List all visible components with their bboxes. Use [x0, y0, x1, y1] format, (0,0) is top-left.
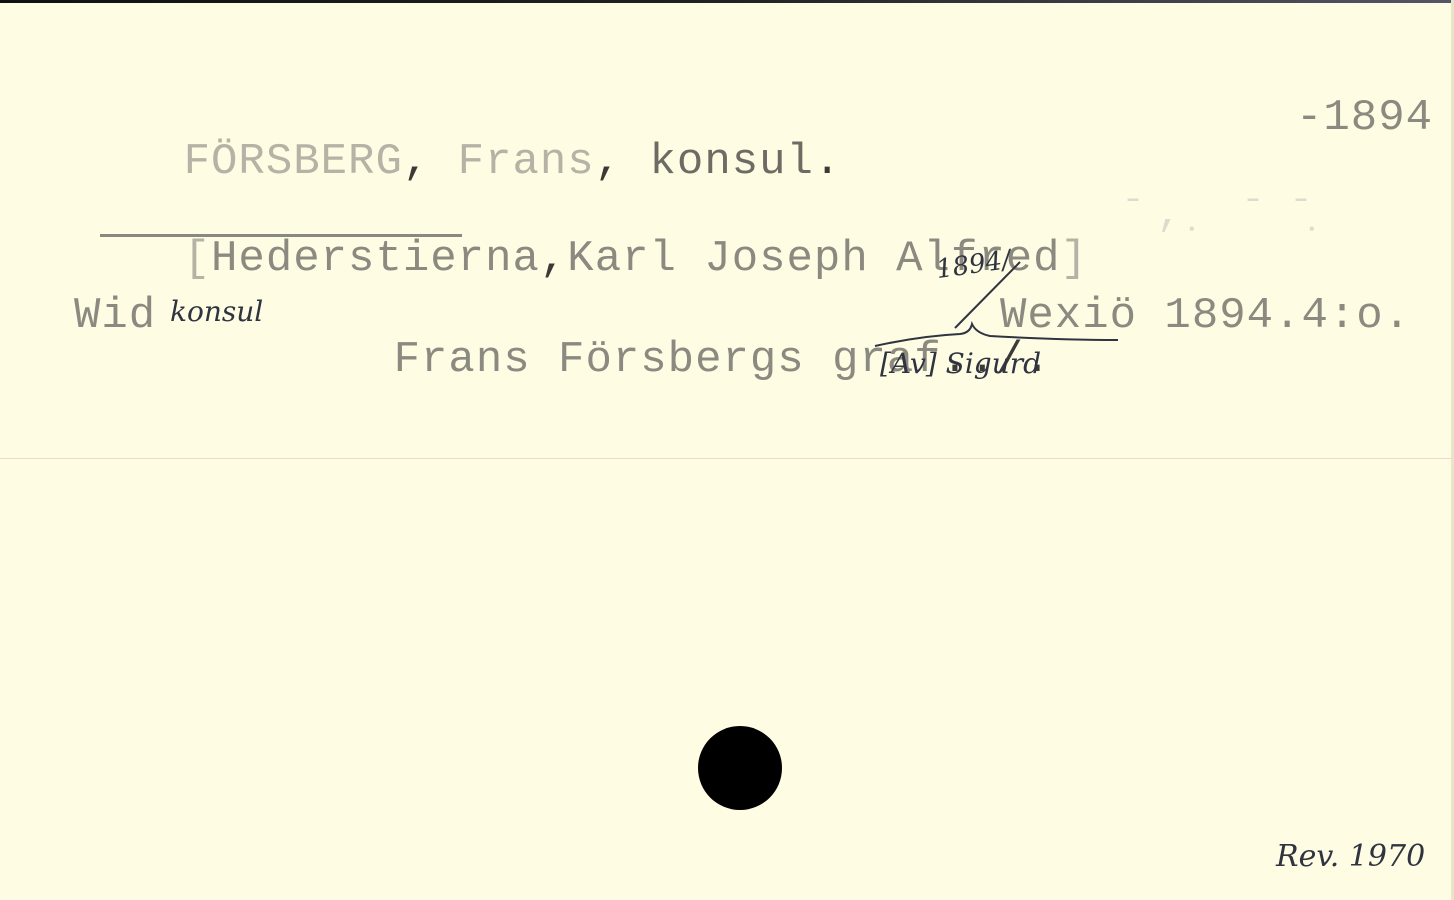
- heading-date: -1894: [1296, 96, 1433, 140]
- imprint-place-year: Wexiö 1894.4:o.: [1000, 294, 1411, 338]
- card-top-edge: [0, 0, 1454, 3]
- handwritten-konsul: konsul: [170, 298, 263, 326]
- heading-sep-2: ,: [595, 137, 650, 187]
- heading-surname: FÖRSBERG: [184, 137, 403, 187]
- handwritten-author-note: [Av] Sigurd: [880, 350, 1041, 378]
- author-comma: ,: [540, 234, 567, 284]
- heading-end: .: [814, 137, 841, 187]
- title-text: Frans Försbergs graf: [394, 335, 942, 385]
- punch-hole: [698, 726, 782, 810]
- heading-title: konsul: [650, 137, 814, 187]
- title-line-wid: Wid: [74, 294, 156, 338]
- heading-sep-1: ,: [403, 137, 458, 187]
- author-close-bracket: ]: [1061, 234, 1088, 284]
- author-surname-underline: [100, 234, 462, 237]
- author-surname: Hederstierna: [211, 234, 540, 284]
- card-fold-line: [0, 458, 1454, 459]
- handwritten-revision: Rev. 1970: [1276, 842, 1425, 872]
- author-open-bracket: [: [184, 234, 211, 284]
- heading-given-name: Frans: [458, 137, 595, 187]
- catalog-card: FÖRSBERG, Frans, konsul. -1894 [Hedersti…: [0, 0, 1454, 900]
- erased-text-ghost: ̄ , ̣ ̄ ̄ ̣: [1085, 193, 1325, 238]
